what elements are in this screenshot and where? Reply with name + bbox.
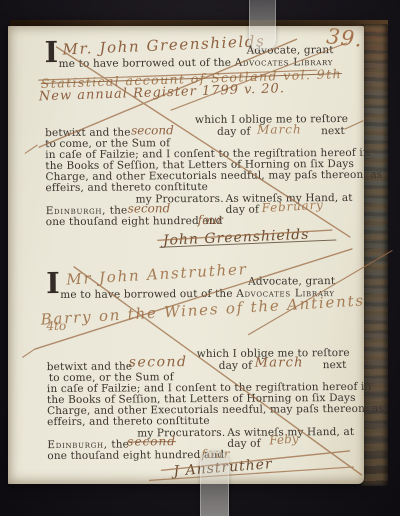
handwritten-day: second <box>127 434 176 448</box>
handwritten-day: second <box>131 123 174 137</box>
register-photo: 39. I Mr. John Greenshields Advocate, gr… <box>0 0 400 516</box>
printed-line: next <box>321 125 345 137</box>
handwritten-day: second <box>128 201 171 215</box>
handwritten-month: February <box>261 198 324 216</box>
dropcap-initial: I <box>46 269 60 298</box>
page-content: 39. I Mr. John Greenshields Advocate, gr… <box>0 0 400 516</box>
printed-line: one thouſand eight hundred and <box>47 449 224 462</box>
borrower-name: Mr John Anstruther <box>66 260 248 289</box>
handwritten-day: second <box>129 354 188 370</box>
borrower-name: Mr. John Greenshields <box>62 32 265 58</box>
handwritten-month: Feby <box>269 431 299 447</box>
printed-line: effeirs, and thereto conſtitute <box>47 415 210 428</box>
page-clip-top <box>249 0 276 50</box>
printed-line: day of <box>219 360 252 372</box>
printed-line: effeirs, and thereto conſtitute <box>45 181 208 194</box>
printed-line: Advocate, grant <box>248 275 335 288</box>
form-entry-1: I Mr. John Greenshields Advocate, grant … <box>0 0 398 1</box>
page-clip-bottom <box>200 452 229 516</box>
handwritten-month: March <box>257 122 302 136</box>
form-entry-2: I Mr John Anstruther Advocate, grant me … <box>0 0 398 1</box>
handwritten-year: four <box>198 213 223 227</box>
signature: John Greenshields <box>163 227 310 249</box>
printed-line: day of <box>227 438 260 450</box>
book-format: 4to <box>46 319 66 333</box>
dropcap-initial: I <box>44 38 58 67</box>
printed-line: one thouſand eight hundred and <box>46 215 223 228</box>
printed-line: day of <box>226 204 259 216</box>
printed-line: next <box>323 359 347 371</box>
printed-line: day of <box>217 126 250 138</box>
handwritten-month: March <box>255 355 304 370</box>
